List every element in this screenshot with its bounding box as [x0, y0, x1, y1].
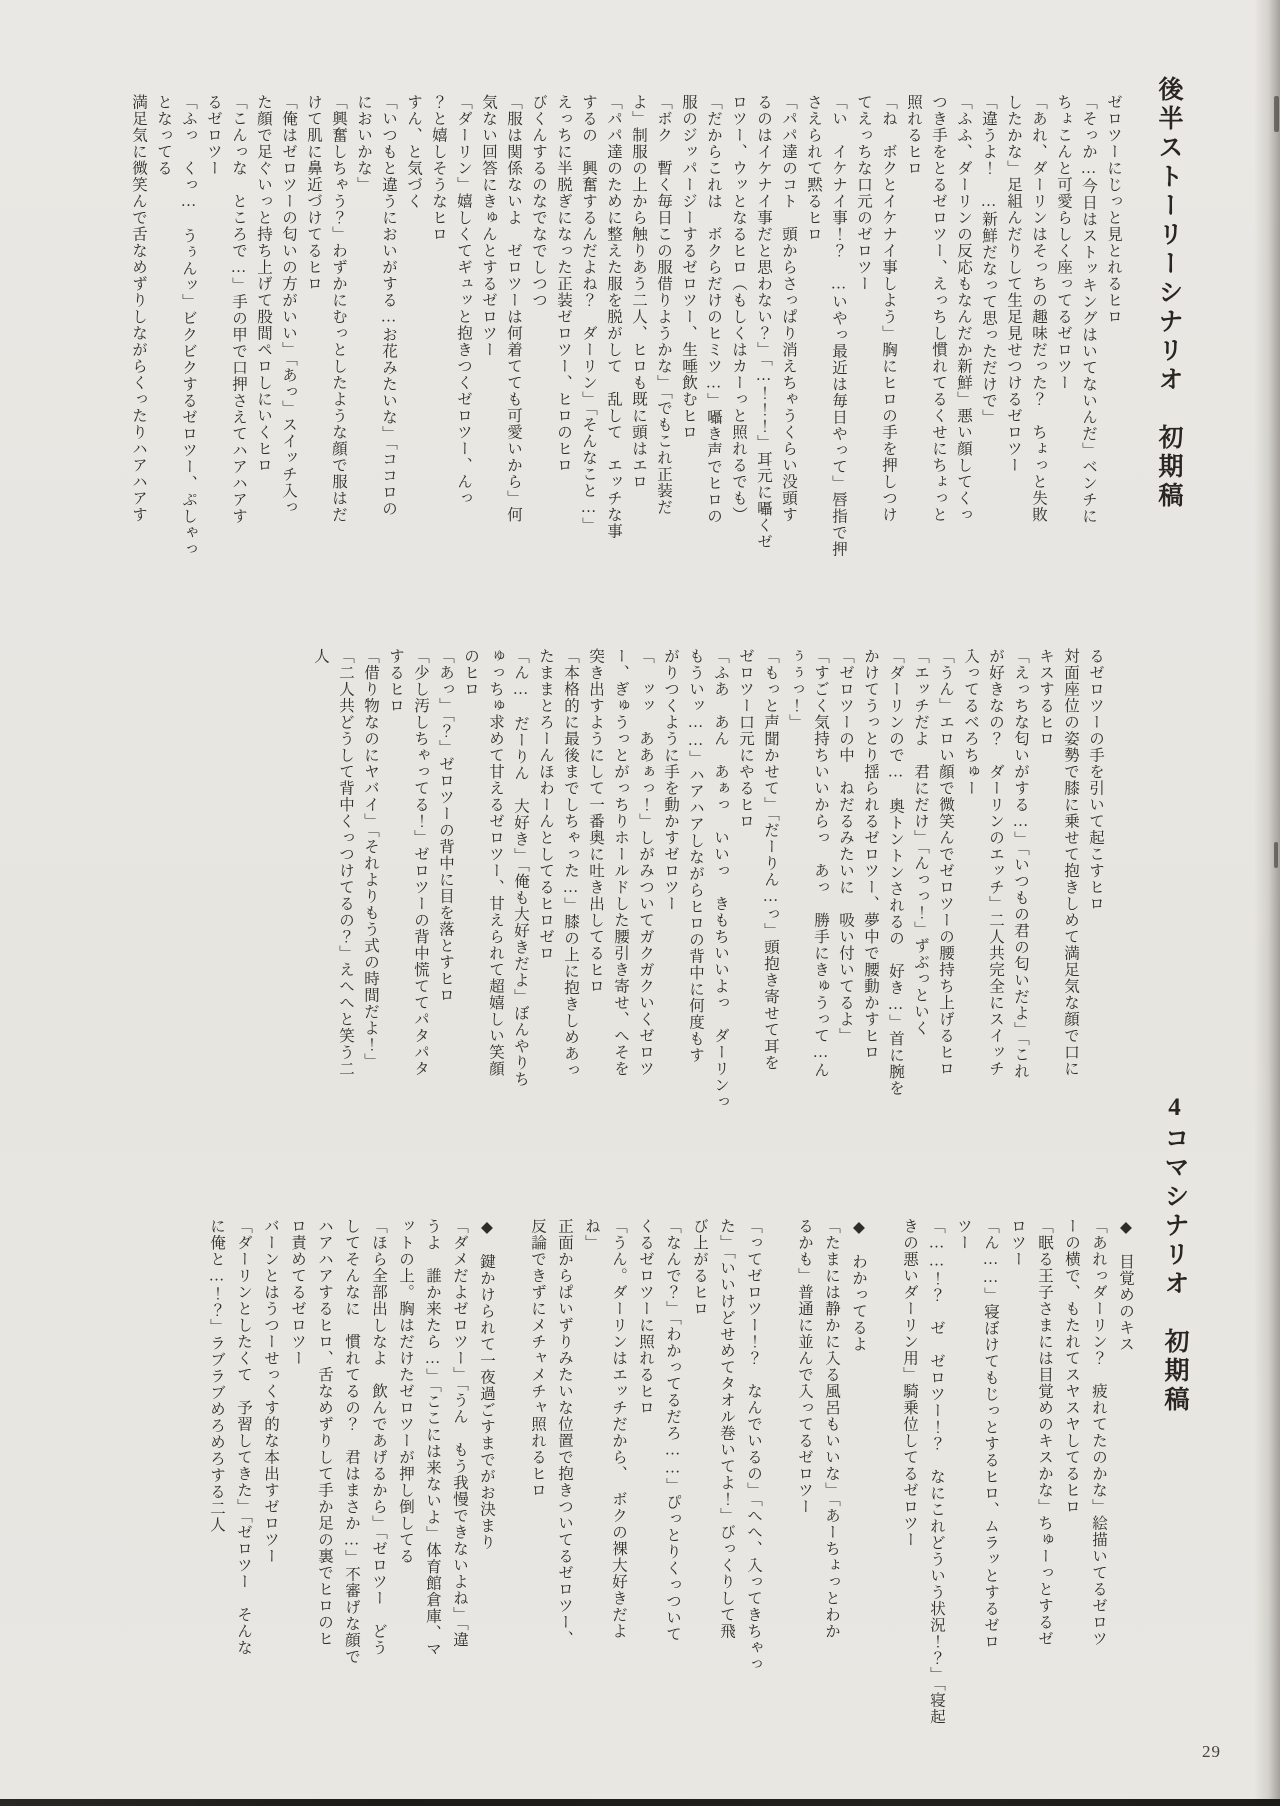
text-column: るかも」普通に並んで入ってるゼロツー	[791, 1094, 818, 1708]
text-column: えっちに半脱ぎになった正装ゼロツー、ヒロのヒロ	[551, 76, 576, 628]
text-column: きの悪いダーリン用」騎乗位してるゼロツー	[896, 1094, 923, 1708]
text-column: 反論できずにメチャメチャ照れるヒロ	[524, 1094, 551, 1708]
text-column: 「俺はゼロツーの匂いの方がいい」「あっ」スイッチ入っ	[276, 76, 301, 628]
text-column: 「興奮しちゃう？」わずかにむっとしたような顔で服はだ	[326, 76, 351, 628]
text-column: 「うん。ダーリンはエッチだから、 ボクの裸大好きだよ	[605, 1094, 632, 1708]
text-column: 「ダーリンとしたくて 予習してきた」「ゼロツー そんな	[230, 1094, 257, 1708]
text-column: 「なんで？」「わかってるだろ……」ぴっとりくっついて	[659, 1094, 686, 1708]
text-column: してそんなに 慣れてるの？ 君はまさか…」不審げな顔で	[338, 1094, 365, 1708]
text-column: 満足気に微笑んで舌なめずりしながらくったりハアハアす	[126, 76, 151, 628]
yonkoma-scenario-title: 4コマシナリオ 初期稿	[1161, 1094, 1188, 1708]
text-column: バーンとはうつーせっくす的な本出すゼロツー	[257, 1094, 284, 1708]
text-column: るゼロツー	[201, 76, 226, 628]
text-column: 「こんっな ところで…」手の甲で口押さえてハアハアす	[226, 76, 251, 628]
section-story-scenario-block1: 後半ストーリーシナリオ 初期稿 ゼロツーにじっと見とれるヒロ「そっか…今日はスト…	[126, 76, 1188, 628]
text-column: た」「いいけどせめてタオル巻いてよ！」びっくりして飛	[713, 1094, 740, 1708]
scan-bottom-line	[0, 1799, 1280, 1806]
text-column: ットの上。胸はだけたゼロツーが押し倒してる	[392, 1094, 419, 1708]
text-column: 「ふっ くっ… うぅんッ」ビクビクするゼロツー、ぷしゃっ	[176, 76, 201, 628]
scan-speck	[1274, 96, 1279, 132]
story-scenario-title: 後半ストーリーシナリオ 初期稿	[1148, 76, 1188, 628]
text-column: た顔で足ぐいっと持ち上げて股間ペロしにいくヒロ	[251, 76, 276, 628]
text-column: ロ責めてるゼロツー	[284, 1094, 311, 1708]
text-column: 「そっか…今日はストッキングはいてないんだ」ベンチに	[1076, 76, 1101, 628]
text-column: 照れるヒロ	[901, 76, 926, 628]
text-column: 「服は関係ないよ ゼロツーは何着てても可愛いから」何	[501, 76, 526, 628]
text-column: よ」制服の上から触りあう二人、ヒロも既に頭はエロ	[626, 76, 651, 628]
text-column: るのはイケナイ事だと思わない？」「…！！！」耳元に囁くゼ	[751, 76, 776, 628]
text-column: 服のジッパージーするゼロツー、生唾飲むヒロ	[676, 76, 701, 628]
text-column: に俺と…！？」ラブラブめろめろする二人	[203, 1094, 230, 1708]
text-column: 「ふふ、ダーリンの反応もなんだか新鮮」悪い顔してくっ	[951, 76, 976, 628]
scan-speck	[1274, 842, 1278, 868]
text-column: ちょこんと可愛らしく座ってるゼロツー	[1051, 76, 1076, 628]
scan-edge-shadow	[1254, 0, 1280, 1806]
text-column: においかな」	[351, 76, 376, 628]
text-column: 「あれ、ダーリンはそっちの趣味だった？ ちょっと失敗	[1026, 76, 1051, 628]
text-column: ロツー	[1004, 1094, 1031, 1708]
text-column: 「ダーリン」嬉しくてギュッと抱きつくゼロツー、んっ	[451, 76, 476, 628]
text-column: 「ほら全部出しなよ 飲んであげるから」「ゼロツー どう	[365, 1094, 392, 1708]
text-column: すん、と気づく	[401, 76, 426, 628]
text-column: となってる	[151, 76, 176, 628]
text-column: 「違うよ！ …新鮮だなって思っただけで」	[976, 76, 1001, 628]
subheading-column: ◆ 目覚めのキス	[1112, 1094, 1139, 1708]
text-column: したかな」足組んだりして生足見せつけるゼロツー	[1001, 76, 1026, 628]
text-column: 「いつもと違うにおいがする…お花みたいな」「ココロの	[376, 76, 401, 628]
text-column: つき手をとるゼロツー、えっちし慣れてるくせにちょっと	[926, 76, 951, 628]
text-column: ね」	[578, 1094, 605, 1708]
text-column: くるゼロツーに照れるヒロ	[632, 1094, 659, 1708]
text-column: び上がるヒロ	[686, 1094, 713, 1708]
section-yonkoma-scenario: 4コマシナリオ 初期稿 ◆ 目覚めのキス「あれっダーリン？ 疲れてたのかな」絵描…	[203, 1094, 1188, 1708]
text-column: 「パパ達のコト 頭からさっぱり消えちゃうくらい没頭す	[776, 76, 801, 628]
text-column: 「パパ達のために整えた服を脱がして 乱して エッチな事	[601, 76, 626, 628]
text-column: 気ない回答にきゅんとするゼロツー	[476, 76, 501, 628]
text-column: 「ボク 暫く毎日この服借りようかな」「でもこれ正装だ	[651, 76, 676, 628]
text-column: ツー	[950, 1094, 977, 1708]
text-column: 「あれっダーリン？ 疲れてたのかな」絵描いてるゼロツ	[1085, 1094, 1112, 1708]
text-column: 「……！？ ゼ ゼロツー！？ なにこれどういう状況！？」「寝起	[923, 1094, 950, 1708]
text-column: 「ん……」寝ぼけてもじっとするヒロ、ムラッとするゼロ	[977, 1094, 1004, 1708]
text-column: ？と嬉しそうなヒロ	[426, 76, 451, 628]
scanned-document-page: 後半ストーリーシナリオ 初期稿 ゼロツーにじっと見とれるヒロ「そっか…今日はスト…	[0, 0, 1280, 1806]
text-column: ロツー、ウッとなるヒロ（もしくはカーっと照れるでも）	[726, 76, 751, 628]
text-column: ゼロツーにじっと見とれるヒロ	[1101, 76, 1126, 628]
text-column: 「ってゼロツー！？ なんでいるの」「へへ、入ってきちゃっ	[740, 1094, 767, 1708]
text-column: さえられて黙るヒロ	[801, 76, 826, 628]
text-column: ーの横で、もたれてスヤスヤしてるヒロ	[1058, 1094, 1085, 1708]
text-column: するの 興奮するんだよね？ ダーリン」「そんなこと…」	[576, 76, 601, 628]
text-column: 「たまには静かに入る風呂もいいな」「あーちょっとわか	[818, 1094, 845, 1708]
text-column: ハアハアするヒロ、舌なめずりして手か足の裏でヒロのヒ	[311, 1094, 338, 1708]
text-column: びくんするのなでなでしつつ	[526, 76, 551, 628]
text-column: けて肌に鼻近づけてるヒロ	[301, 76, 326, 628]
subheading-column: ◆ わかってるよ	[845, 1094, 872, 1708]
text-column: うよ 誰か来たら…」「ここには来ないよ」体育館倉庫、マ	[419, 1094, 446, 1708]
text-column: 「眠る王子さまには目覚めのキスかな」ちゅーっとするゼ	[1031, 1094, 1058, 1708]
text-column: てえっちな口元のゼロツー	[851, 76, 876, 628]
text-column: 「ね ボクとイケナイ事しよう」胸にヒロの手を押しつけ	[876, 76, 901, 628]
text-column: 「ダメだよゼロツー」「うん もう我慢できないよね」「違	[446, 1094, 473, 1708]
text-column: 「だからこれは ボクらだけのヒミツ…」囁き声でヒロの	[701, 76, 726, 628]
text-column: 「い イケナイ事！？ …いやっ最近は毎日やって」唇指で押	[826, 76, 851, 628]
subheading-column: ◆ 鍵かけられて一夜過ごすまでがお決まり	[473, 1094, 500, 1708]
page-number: 29	[1202, 1742, 1221, 1762]
text-column: 正面からぱいずりみたいな位置で抱きついてるゼロツー、	[551, 1094, 578, 1708]
